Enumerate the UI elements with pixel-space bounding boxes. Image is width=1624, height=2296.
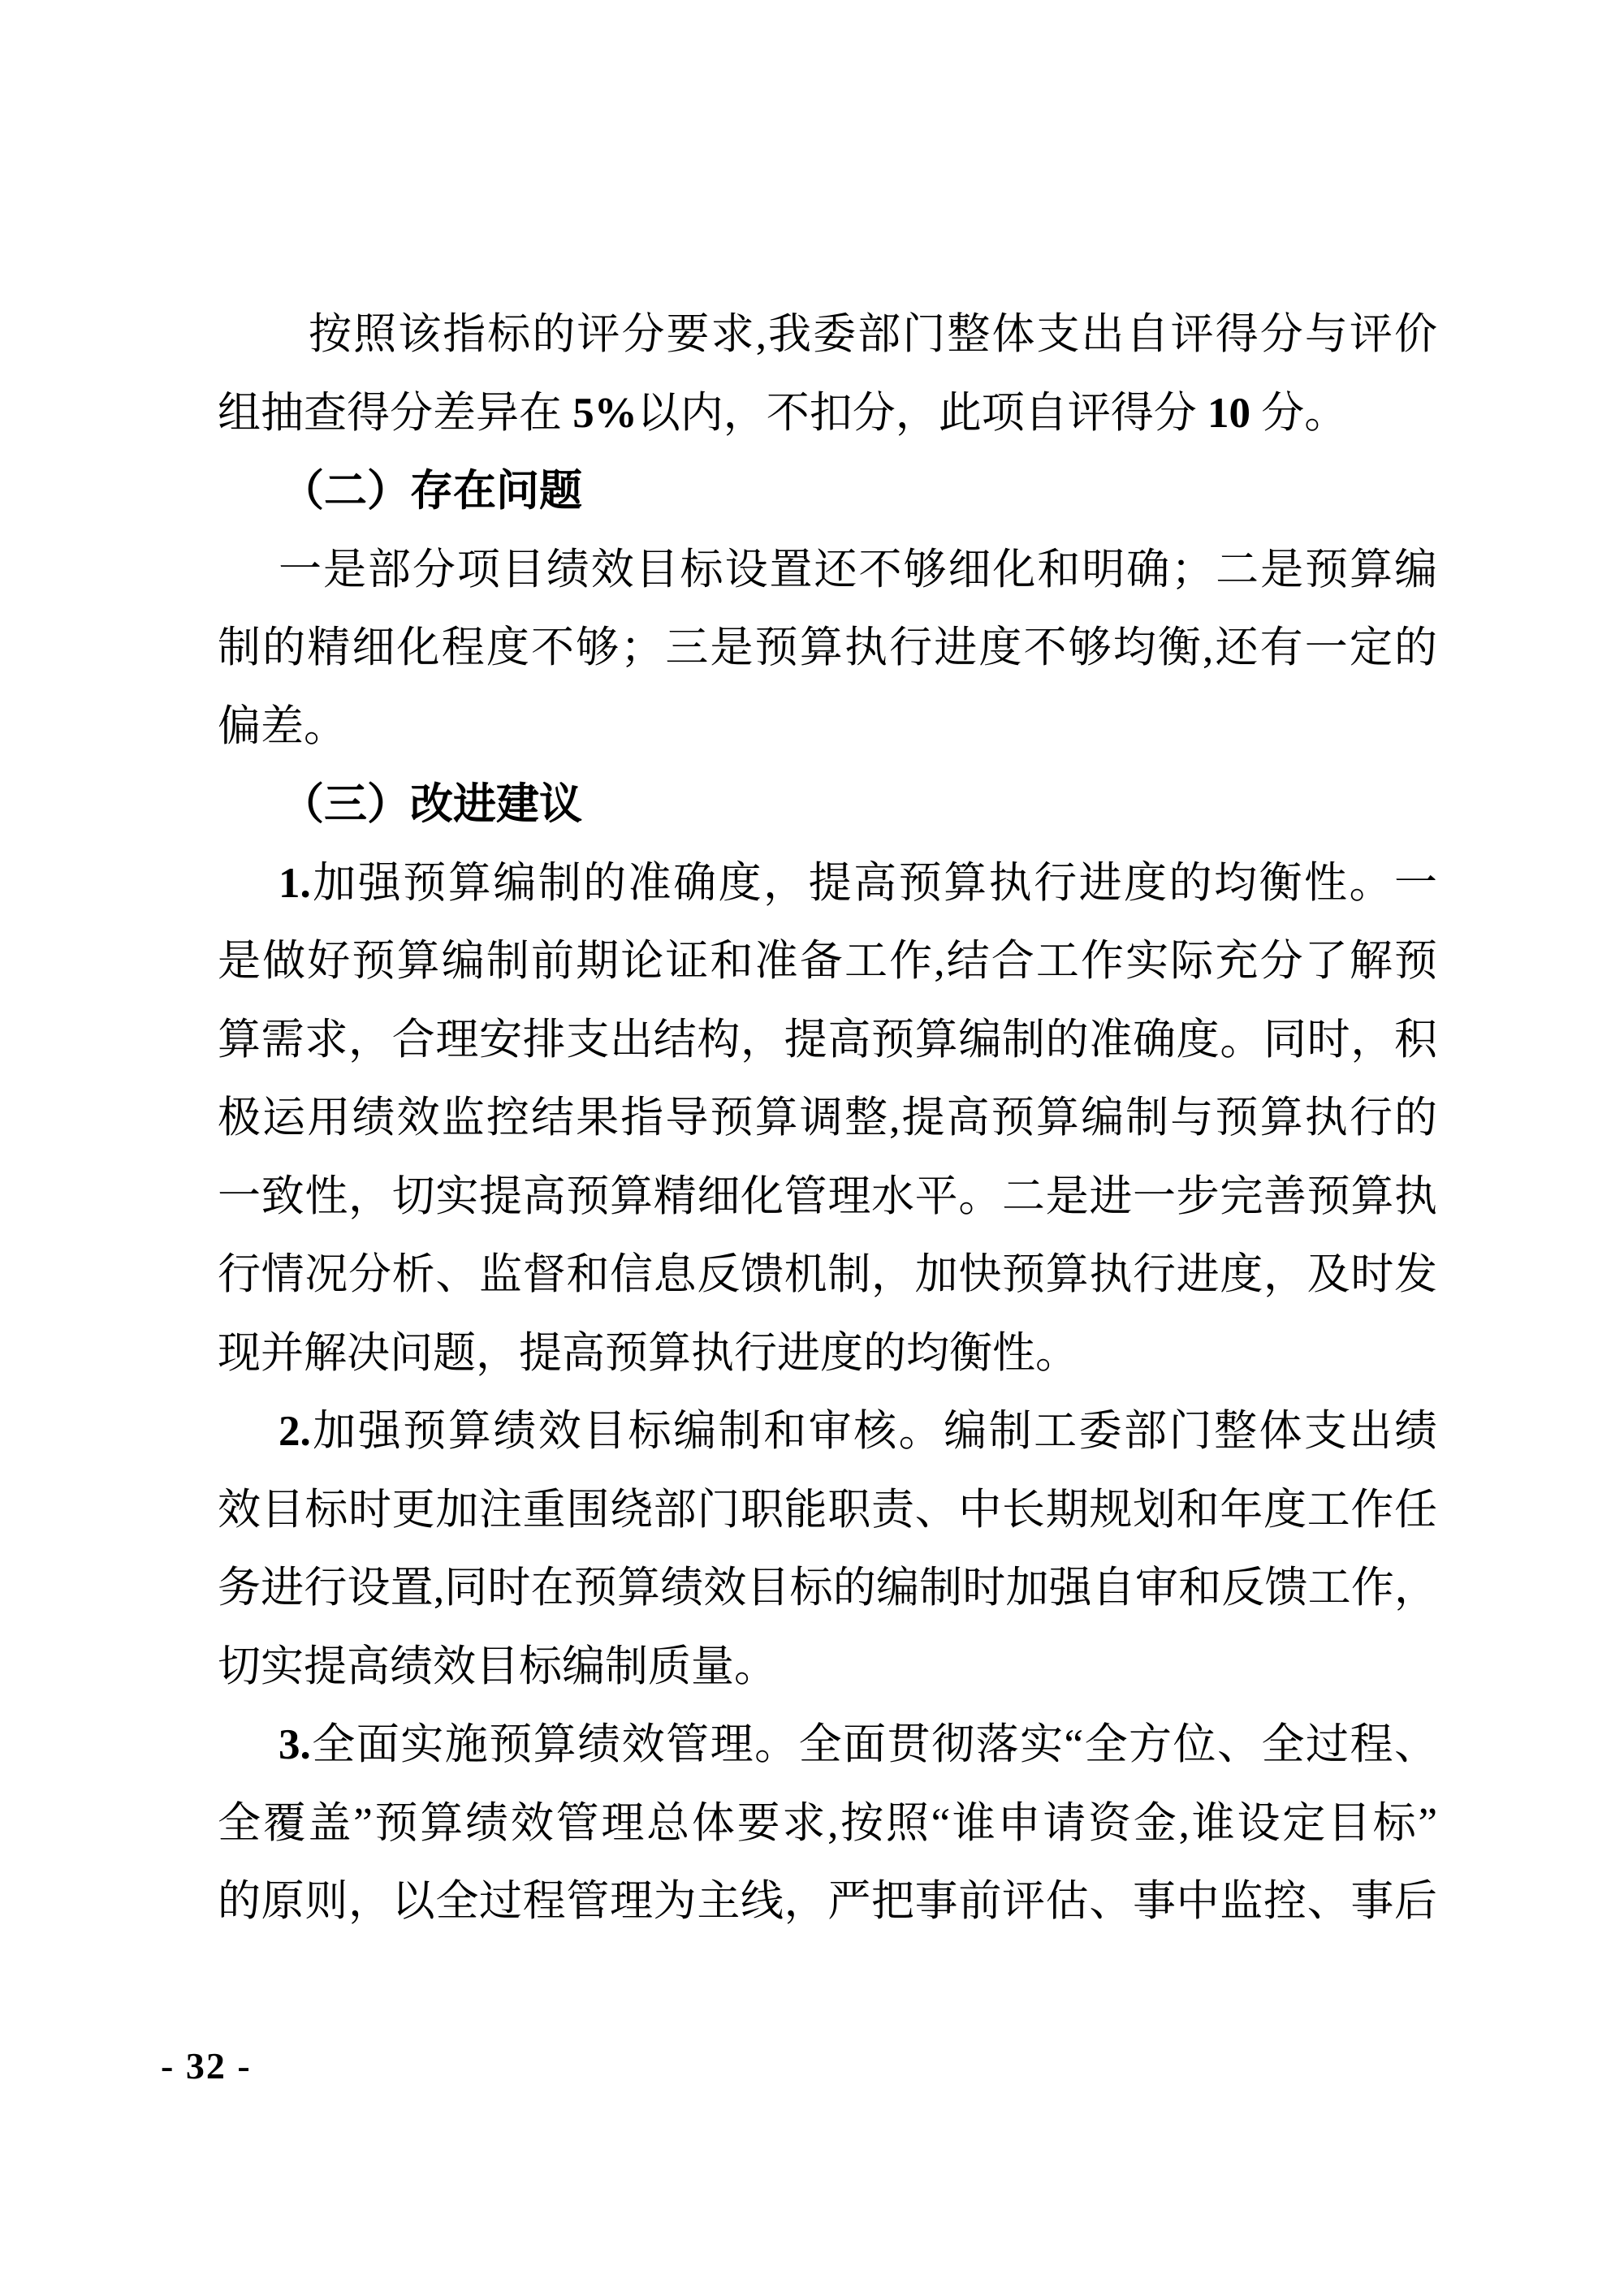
text-segment: 全面实施预算绩效管理。全面贯彻落实“全方位、全过程、	[311, 1721, 1437, 1768]
text-line: 行情况分析、监督和信息反馈机制，加快预算执行进度，及时发	[218, 1236, 1437, 1314]
text-segment: 现并解决问题，提高预算执行进度的均衡性。	[218, 1330, 1078, 1377]
text-line: 一是部分项目绩效目标设置还不够细化和明确；二是预算编	[218, 531, 1437, 610]
text-segment: 以内，不扣分，此项自评得分	[637, 390, 1207, 437]
text-segment: 加强预算编制的准确度，提高预算执行进度的均衡性。一	[311, 860, 1437, 907]
text-segment: 极运用绩效监控结果指导预算调整,提高预算编制与预算执行的	[218, 1094, 1437, 1142]
text-segment: 10	[1207, 390, 1250, 437]
text-segment: （二）存在问题	[281, 468, 582, 515]
text-line: 1.加强预算编制的准确度，提高预算执行进度的均衡性。一	[218, 844, 1437, 923]
text-line: 2.加强预算绩效目标编制和审核。编制工委部门整体支出绩	[218, 1392, 1437, 1471]
text-segment: 1.	[279, 860, 311, 907]
text-line: 3.全面实施预算绩效管理。全面贯彻落实“全方位、全过程、	[218, 1706, 1437, 1785]
text-line: 组抽查得分差异在 5%以内，不扣分，此项自评得分 10 分。	[218, 374, 1437, 453]
text-segment: 按照该指标的评分要求,我委部门整体支出自评得分与评价	[309, 311, 1437, 358]
text-segment: 偏差。	[218, 703, 347, 750]
text-line: 全覆盖”预算绩效管理总体要求,按照“谁申请资金,谁设定目标”	[218, 1785, 1437, 1863]
text-line: 现并解决问题，提高预算执行进度的均衡性。	[218, 1314, 1437, 1393]
text-segment: 一是部分项目绩效目标设置还不够细化和明确；二是预算编	[279, 546, 1437, 593]
text-line: 一致性，切实提高预算精细化管理水平。二是进一步完善预算执	[218, 1158, 1437, 1236]
text-line: 偏差。	[218, 688, 1437, 766]
text-line: 算需求，合理安排支出结构，提高预算编制的准确度。同时，积	[218, 1001, 1437, 1080]
text-segment: 全覆盖”预算绩效管理总体要求,按照“谁申请资金,谁设定目标”	[218, 1800, 1437, 1847]
text-segment: 是做好预算编制前期论证和准备工作,结合工作实际充分了解预	[218, 938, 1437, 985]
page-number: - 32 -	[161, 2044, 252, 2087]
text-line: 的原则，以全过程管理为主线，严把事前评估、事中监控、事后	[218, 1862, 1437, 1941]
section-heading: （三）改进建议	[218, 766, 1437, 844]
text-segment: 分。	[1250, 390, 1347, 437]
text-segment: 算需求，合理安排支出结构，提高预算编制的准确度。同时，积	[218, 1016, 1437, 1064]
text-segment: 制的精细化程度不够；三是预算执行进度不够均衡,还有一定的	[218, 624, 1437, 671]
text-block: 按照该指标的评分要求,我委部门整体支出自评得分与评价 组抽查得分差异在 5%以内…	[218, 296, 1437, 1941]
text-segment: 的原则，以全过程管理为主线，严把事前评估、事中监控、事后	[218, 1878, 1437, 1925]
text-segment: 务进行设置,同时在预算绩效目标的编制时加强自审和反馈工作，	[218, 1564, 1437, 1612]
text-line: 务进行设置,同时在预算绩效目标的编制时加强自审和反馈工作，	[218, 1549, 1437, 1628]
text-segment: （三）改进建议	[281, 781, 582, 828]
text-segment: 组抽查得分差异在	[218, 390, 572, 437]
text-segment: 一致性，切实提高预算精细化管理水平。二是进一步完善预算执	[218, 1173, 1437, 1220]
text-line: 按照该指标的评分要求,我委部门整体支出自评得分与评价	[218, 296, 1437, 374]
text-line: 效目标时更加注重围绕部门职能职责、中长期规划和年度工作任	[218, 1471, 1437, 1550]
text-segment: 5%	[572, 390, 637, 437]
text-segment: 切实提高绩效目标编制质量。	[218, 1643, 777, 1690]
text-segment: 3.	[279, 1721, 311, 1768]
text-segment: 行情况分析、监督和信息反馈机制，加快预算执行进度，及时发	[218, 1251, 1437, 1298]
text-segment: 2.	[279, 1408, 311, 1455]
section-heading: （二）存在问题	[218, 452, 1437, 531]
document-page: 按照该指标的评分要求,我委部门整体支出自评得分与评价 组抽查得分差异在 5%以内…	[0, 0, 1624, 2296]
text-line: 极运用绩效监控结果指导预算调整,提高预算编制与预算执行的	[218, 1079, 1437, 1158]
text-line: 切实提高绩效目标编制质量。	[218, 1628, 1437, 1707]
text-segment: 效目标时更加注重围绕部门职能职责、中长期规划和年度工作任	[218, 1487, 1437, 1534]
text-line: 制的精细化程度不够；三是预算执行进度不够均衡,还有一定的	[218, 609, 1437, 688]
text-segment: 加强预算绩效目标编制和审核。编制工委部门整体支出绩	[311, 1408, 1437, 1455]
text-line: 是做好预算编制前期论证和准备工作,结合工作实际充分了解预	[218, 922, 1437, 1001]
